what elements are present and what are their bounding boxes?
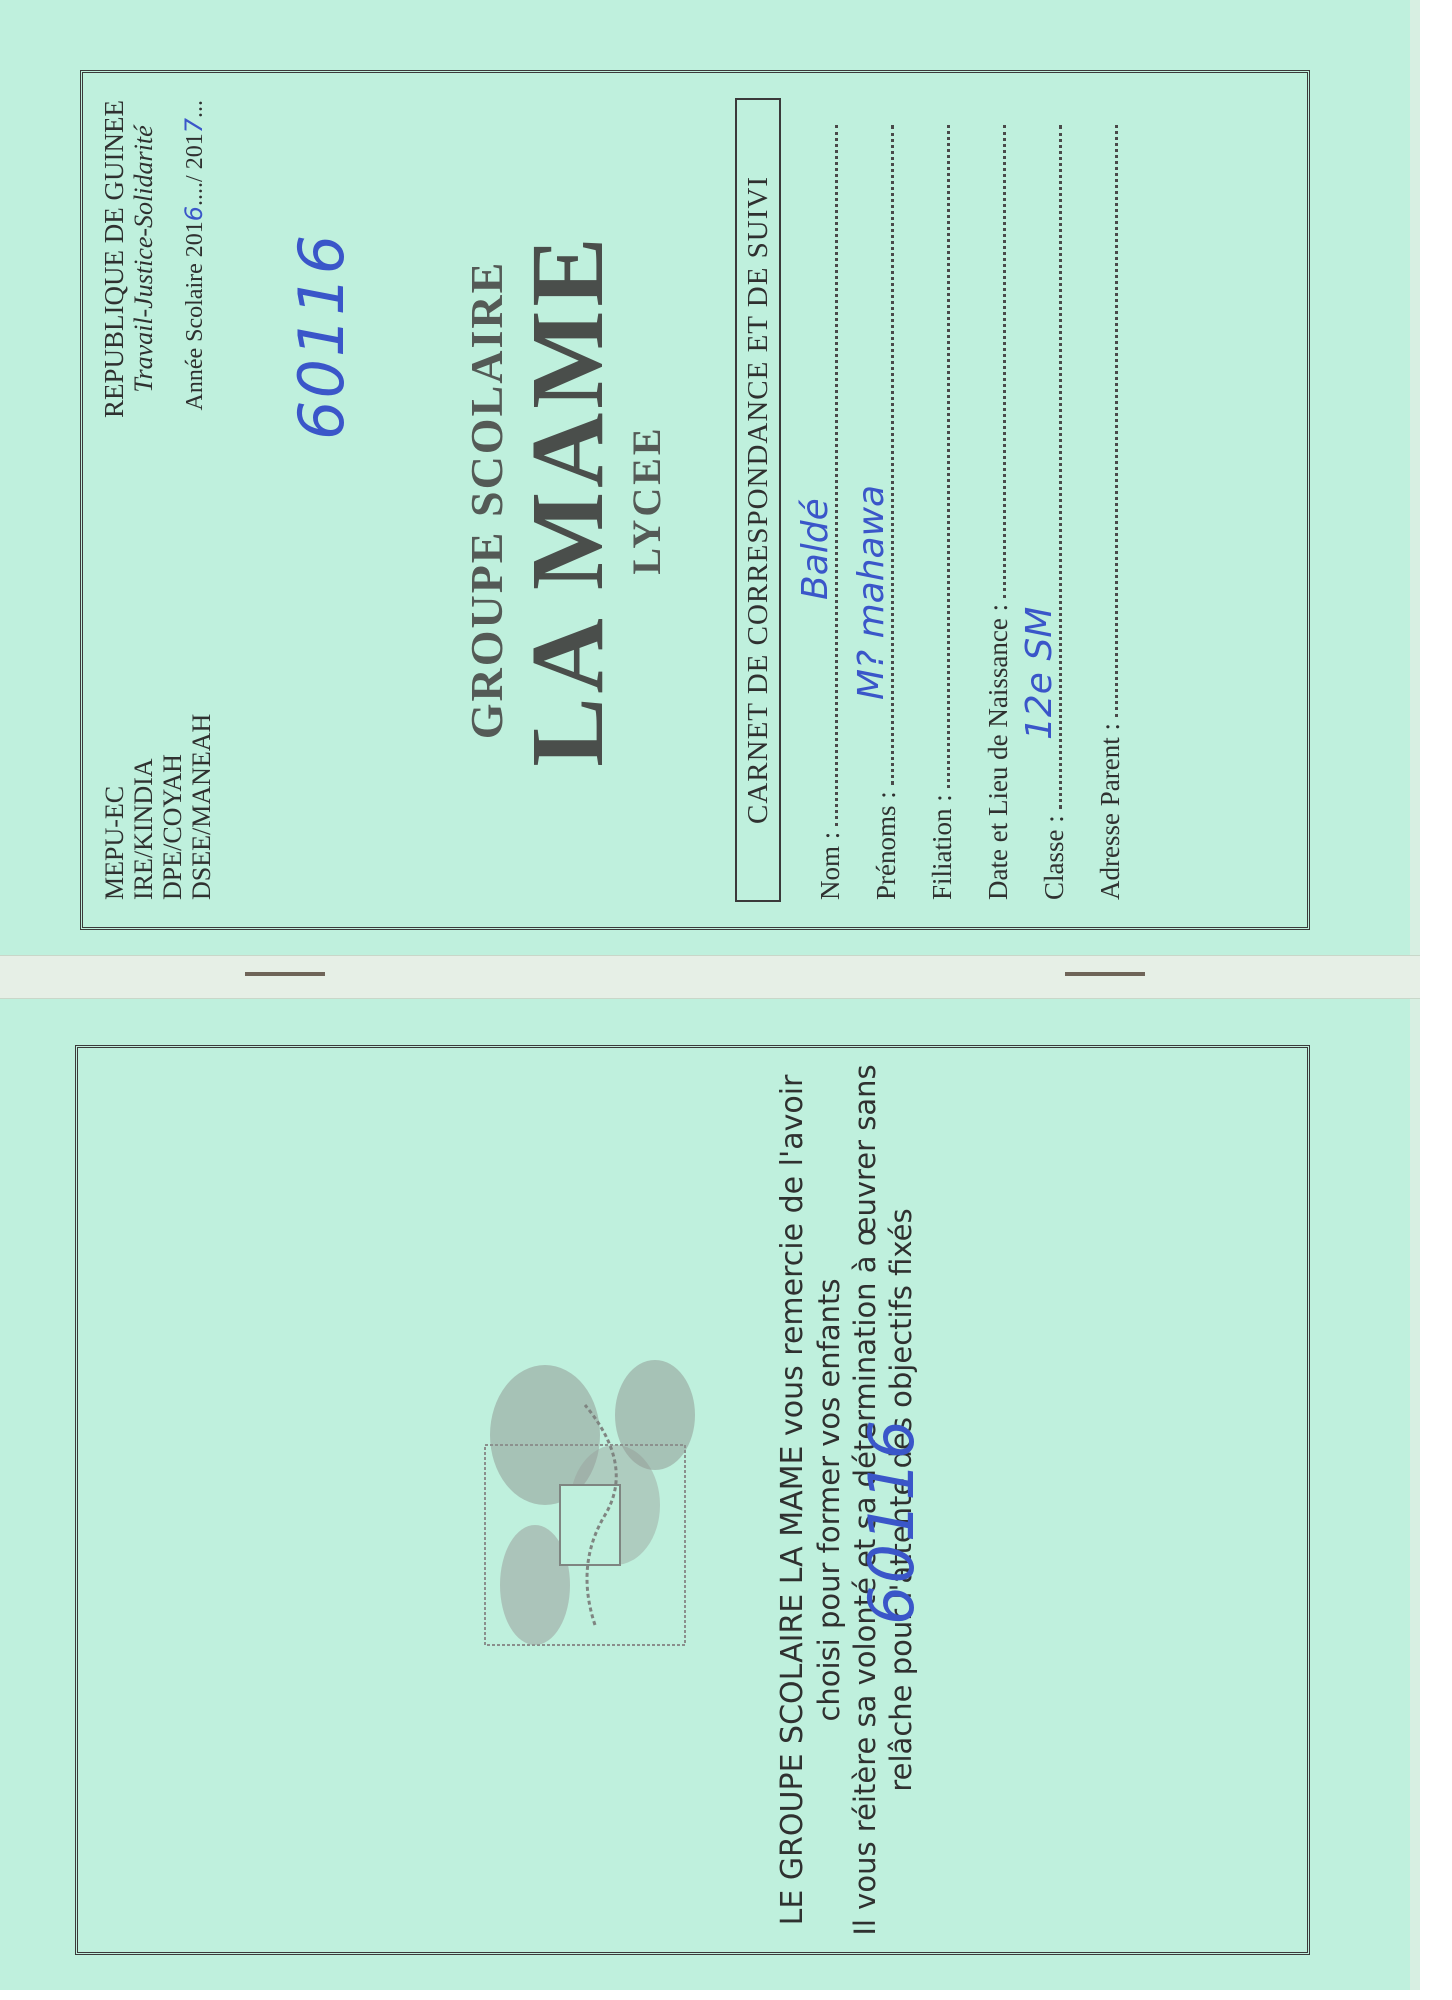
back-cover: LE GROUPE SCOLAIRE LA MAME vous remercie… xyxy=(75,1045,1310,1955)
title-la-mame: LA MAME xyxy=(513,70,623,930)
field-label: Date et Lieu de Naissance : xyxy=(983,604,1014,900)
handwritten-number: 60116 xyxy=(855,1418,928,1625)
field-value-handwritten: M? mahawa xyxy=(851,485,892,700)
field-date-lieu-naissance[interactable]: Date et Lieu de Naissance : xyxy=(958,125,1014,900)
school-title: GROUPE SCOLAIRE LA MAME LYCEE xyxy=(460,70,670,930)
field-adresse-parent[interactable]: Adresse Parent : xyxy=(1070,125,1126,900)
title-groupe-scolaire: GROUPE SCOLAIRE xyxy=(460,70,513,930)
field-label: Nom : xyxy=(815,832,846,900)
field-nom[interactable]: Nom : Baldé xyxy=(790,125,846,900)
admin-header: MEPU-EC IRE/KINDIA DPE/COYAH DSEE/MANEAH xyxy=(100,714,216,900)
carnet-title-box: CARNET DE CORRESPONDANCE ET DE SUIVI xyxy=(735,98,781,902)
admin-line: DPE/COYAH xyxy=(158,714,187,900)
booklet-spine xyxy=(0,955,1420,999)
handwritten-number: 60116 xyxy=(285,233,358,440)
republic-header: REPUBLIQUE DE GUINEE Travail-Justice-Sol… xyxy=(100,100,158,418)
field-label: Adresse Parent : xyxy=(1095,723,1126,900)
field-classe[interactable]: Classe : 12e SM xyxy=(1014,125,1070,900)
school-year-separator: ..../ 201 xyxy=(182,133,208,206)
school-year: Année Scolaire 2016..../ 2017... xyxy=(180,100,209,411)
field-dotted-line xyxy=(1115,125,1118,717)
field-dotted-line xyxy=(947,125,950,788)
staple-icon xyxy=(1065,972,1145,976)
school-year-suffix: ... xyxy=(182,100,208,118)
field-dotted-line xyxy=(835,125,838,826)
field-label: Filiation : xyxy=(927,794,958,900)
front-cover: MEPU-EC IRE/KINDIA DPE/COYAH DSEE/MANEAH… xyxy=(80,70,1310,930)
message-line: LE GROUPE SCOLAIRE LA MAME vous remercie… xyxy=(775,1045,811,1955)
school-year-start-handwritten: 6 xyxy=(180,206,208,221)
school-year-label: Année Scolaire 201 xyxy=(182,221,208,410)
field-prenoms[interactable]: Prénoms : M? mahawa xyxy=(846,125,902,900)
admin-line: MEPU-EC xyxy=(100,714,129,900)
republic-name: REPUBLIQUE DE GUINEE xyxy=(100,100,129,418)
school-year-end-handwritten: 7 xyxy=(180,118,208,133)
message-line: choisi pour former vos enfants xyxy=(811,1045,847,1955)
staple-icon xyxy=(245,972,325,976)
field-value-handwritten: 12e SM xyxy=(1019,607,1060,740)
title-lycee: LYCEE xyxy=(623,70,670,930)
field-label: Classe : xyxy=(1039,815,1070,900)
national-motto: Travail-Justice-Solidarité xyxy=(129,100,158,418)
field-filiation[interactable]: Filiation : xyxy=(902,125,958,900)
field-label: Prénoms : xyxy=(871,791,902,900)
field-dotted-line xyxy=(1003,125,1006,598)
admin-line: DSEE/MANEAH xyxy=(187,714,216,900)
school-emblem-icon xyxy=(465,1355,705,1685)
admin-line: IRE/KINDIA xyxy=(129,714,158,900)
student-info-form: Nom : Baldé Prénoms : M? mahawa Filiatio… xyxy=(790,125,1126,900)
field-value-handwritten: Baldé xyxy=(795,498,836,600)
scanned-document: MEPU-EC IRE/KINDIA DPE/COYAH DSEE/MANEAH… xyxy=(0,0,1452,2000)
